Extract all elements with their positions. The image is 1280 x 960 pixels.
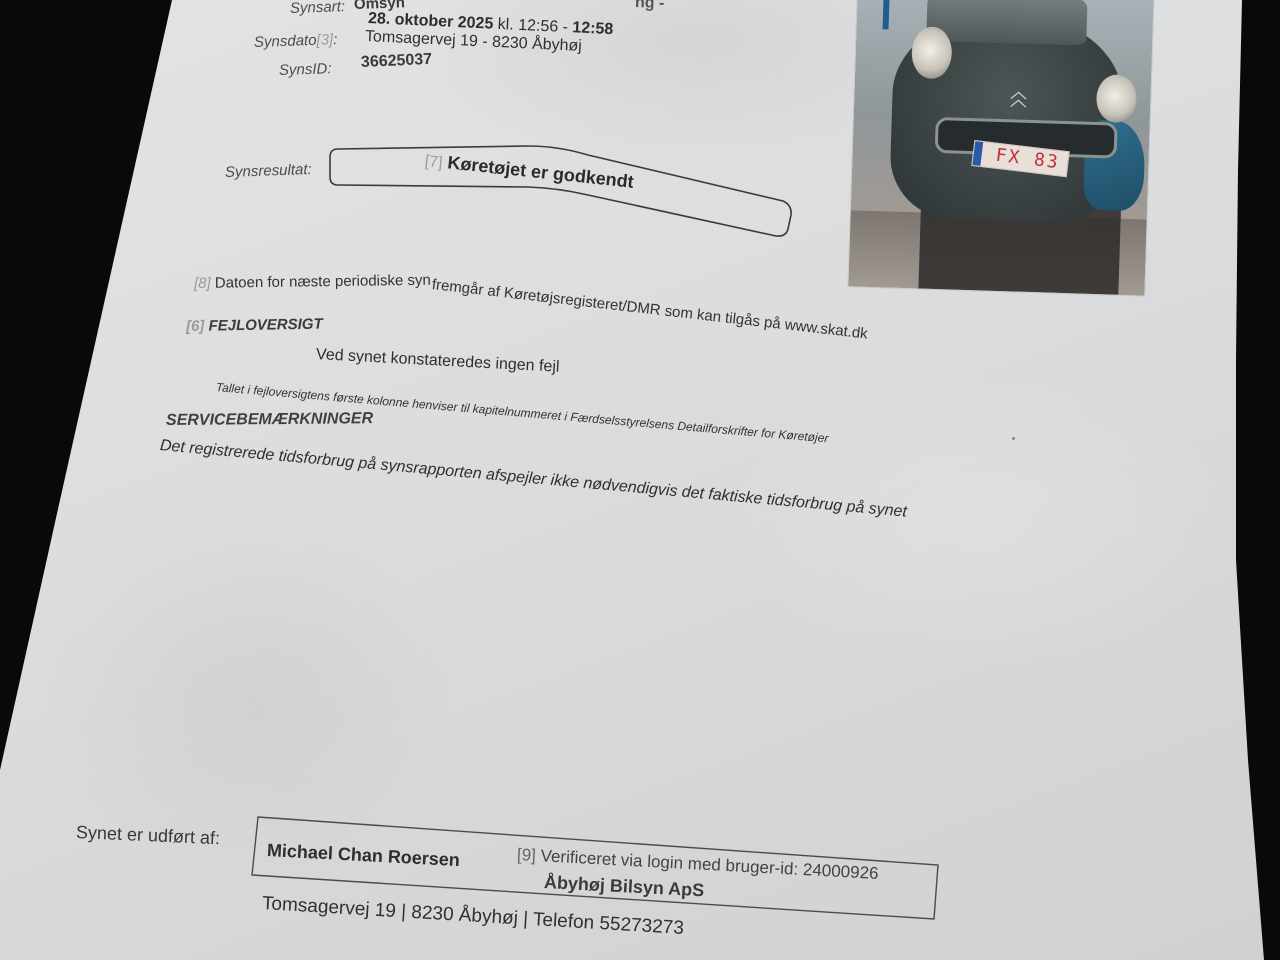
ref-9: [9] [517,845,537,865]
vehicle-photo: ︿︿ FX 83 [847,0,1154,297]
service-heading: SERVICEBEMÆRKNINGER [166,410,373,430]
inspection-type-fragment: ng - [635,0,665,13]
synsdato-label: Synsdato[3]: [254,31,338,51]
photo-of-document: Synsart: Omsyn ng - 28. oktober 2025 kl.… [0,0,1280,960]
plate-number: FX 83 [995,145,1061,173]
fejloversigt-heading: [6] FEJLOVERSIGT [186,316,323,335]
ref-8: [8] [194,275,211,292]
citroen-logo-icon: ︿︿ [1010,89,1027,105]
synsid-label: SynsID: [279,60,332,79]
synsid-value: 36625037 [361,51,433,72]
next-inspection-line-start: [8] Datoen for næste periodiske syn [194,272,431,292]
ref-6: [6] [186,318,205,335]
eu-band [972,141,983,166]
result-label: Synsresultat: [225,161,312,181]
result-box [328,143,794,239]
headlight-right [1096,74,1137,123]
windshield [926,0,1088,46]
ref-7: [7] [424,153,443,172]
inspection-time-end: 12:58 [572,19,614,38]
lift-pillar [883,0,890,29]
inspection-time-start: kl. 12:56 - [497,16,568,36]
synsart-label: Synsart: [290,0,346,17]
speck [1012,437,1015,440]
ref-3: [3] [316,31,333,49]
